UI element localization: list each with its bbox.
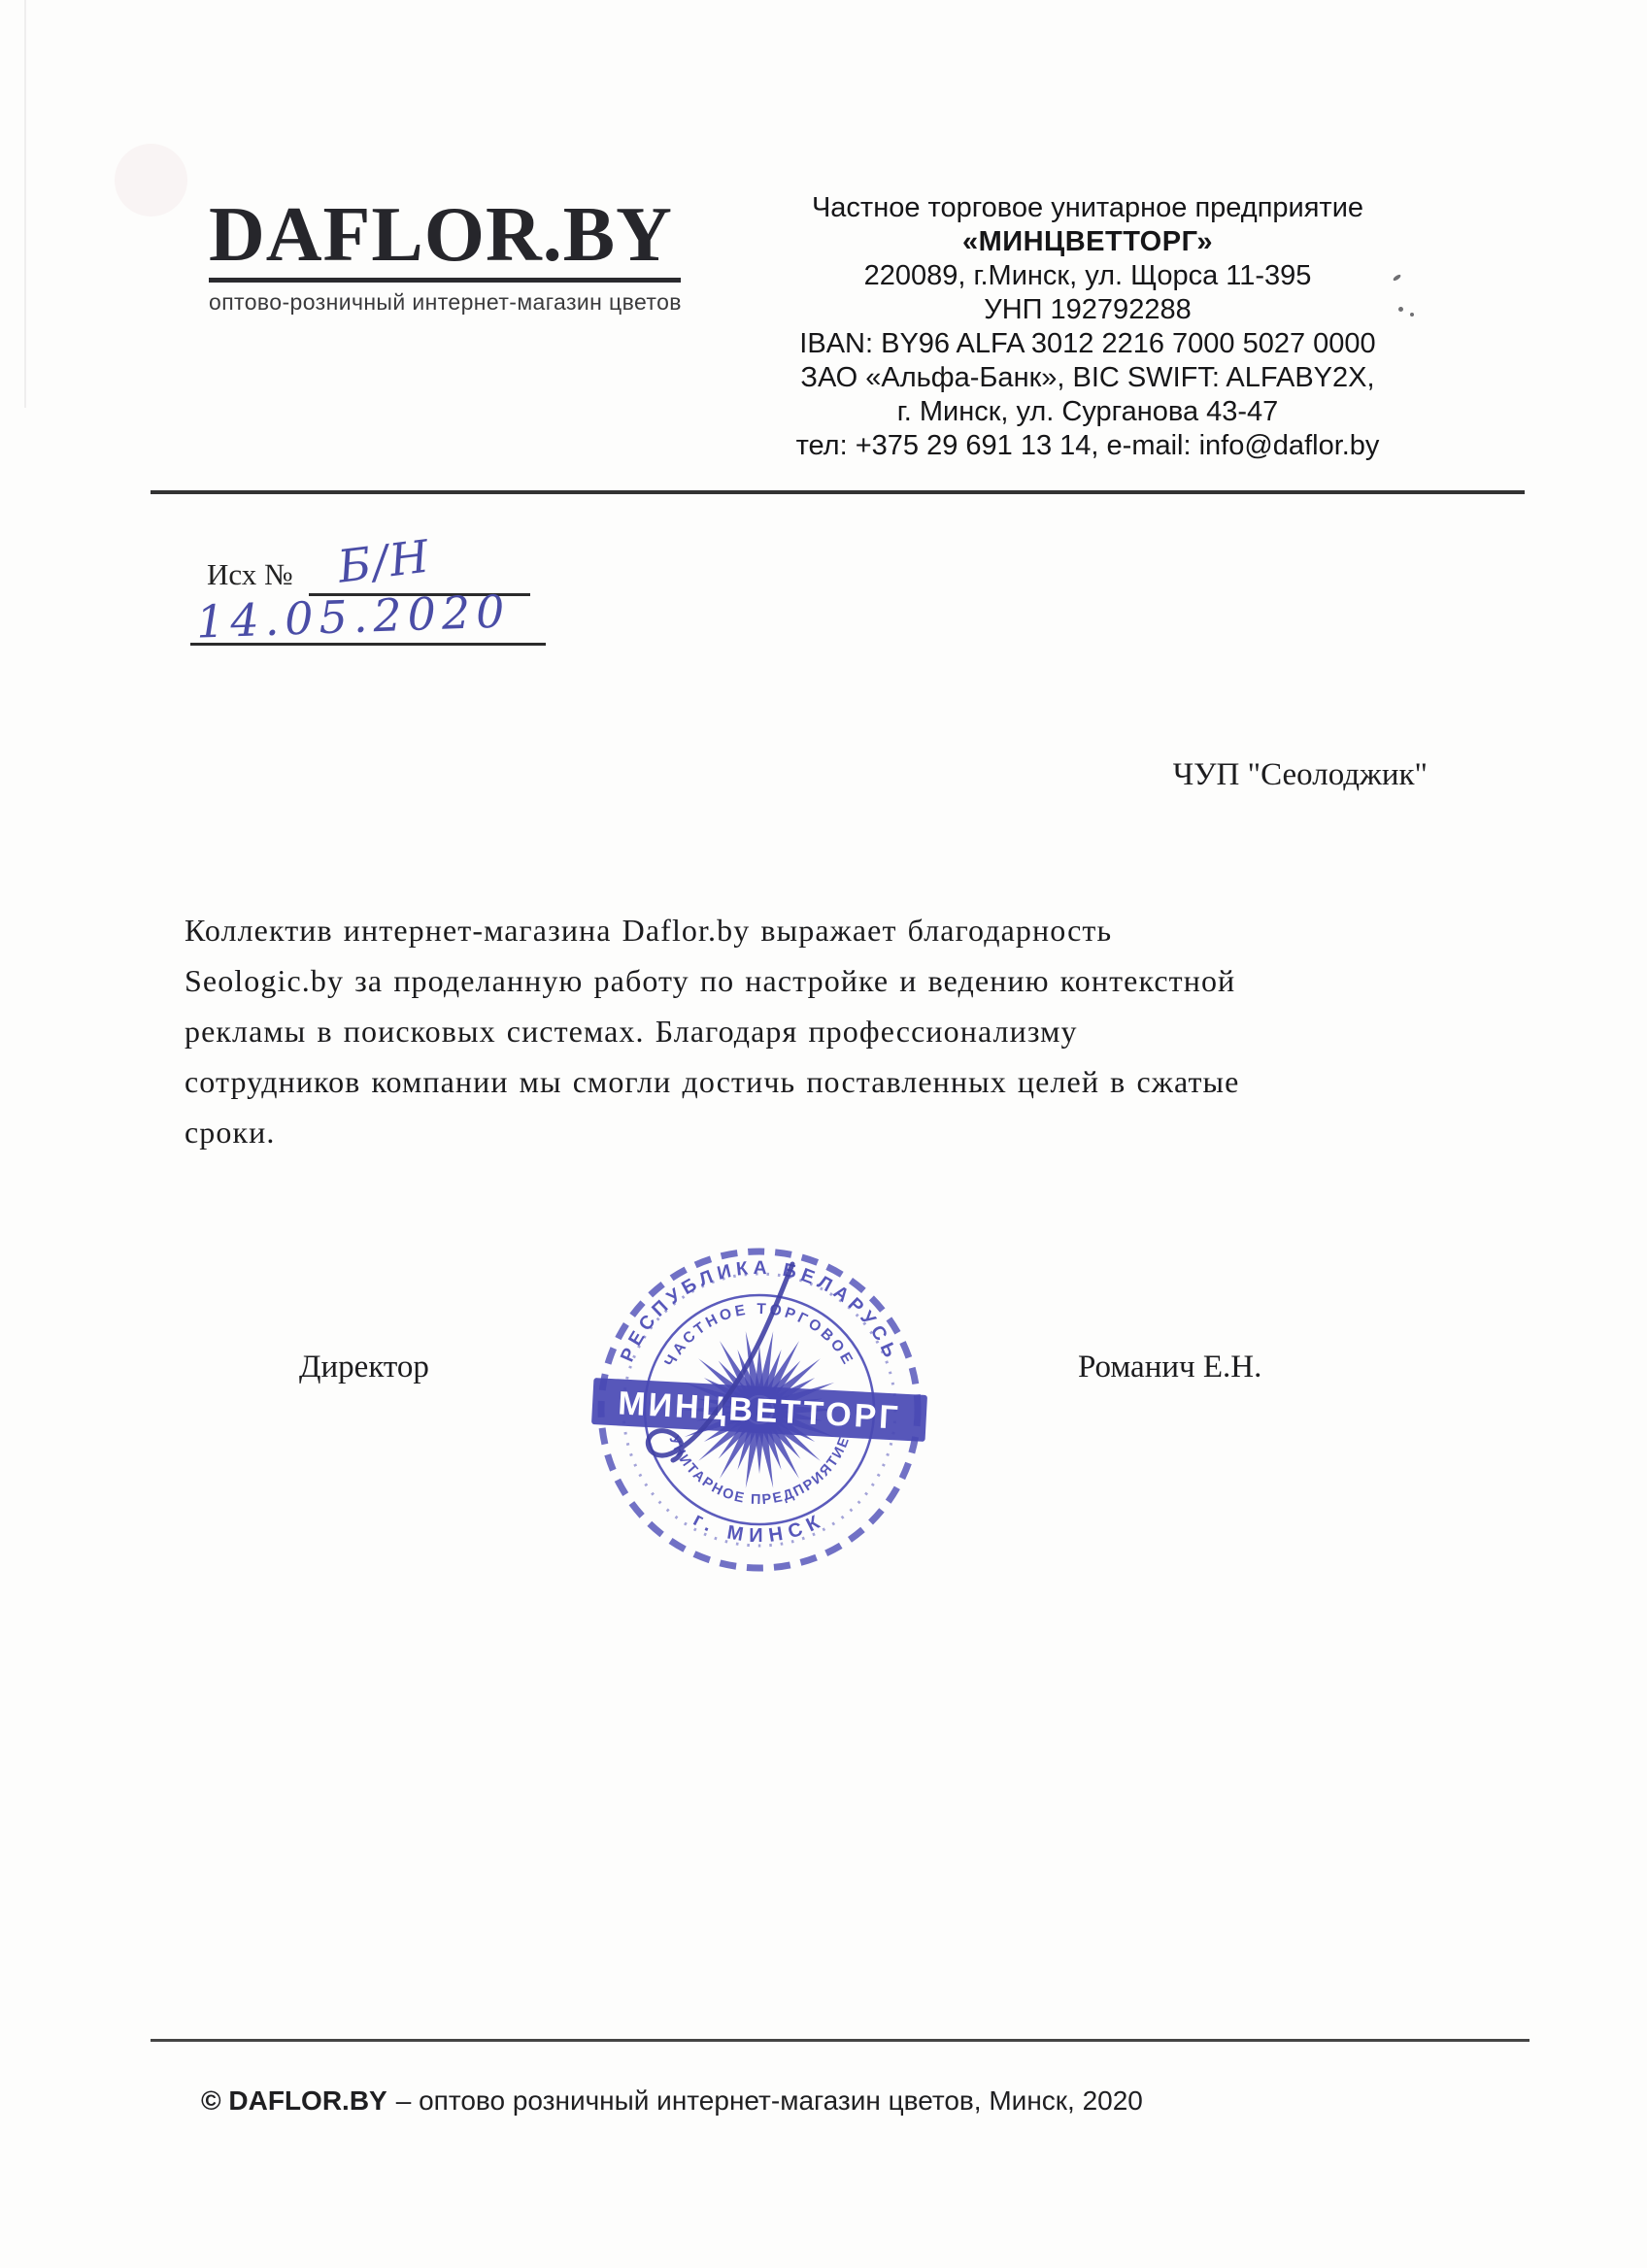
company-stamp: РЕСПУБЛИКА БЕЛАРУСЬ г. МИНСК ЧАСТНОЕ ТОР… <box>587 1237 932 1583</box>
body-line: сроки. <box>185 1107 1437 1157</box>
scan-smudge <box>115 144 187 217</box>
signer-name: Романич Е.Н. <box>1078 1350 1261 1385</box>
outgoing-date-underline <box>190 643 546 646</box>
body-line: рекламы в поисковых системах. Благодаря … <box>185 1006 1437 1056</box>
company-contacts: тел: +375 29 691 13 14, e-mail: info@daf… <box>719 429 1457 463</box>
logo-tagline: оптово-розничный интернет-магазин цветов <box>209 289 681 316</box>
body-line: сотрудников компании мы смогли достичь п… <box>185 1056 1437 1107</box>
footer-brand: © DAFLOR.BY <box>201 2085 387 2116</box>
footer-divider <box>151 2039 1529 2042</box>
company-iban: IBAN: BY96 ALFA 3012 2216 7000 5027 0000 <box>719 327 1457 361</box>
outgoing-number-label: Исх № <box>207 557 293 592</box>
company-name: «МИНЦВЕТТОРГ» <box>719 225 1457 259</box>
body-line: Seologic.by за проделанную работу по нас… <box>185 955 1437 1006</box>
scan-edge-artifact <box>24 0 26 408</box>
company-unp: УНП 192792288 <box>719 293 1457 327</box>
letter-page: DAFLOR.BY оптово-розничный интернет-мага… <box>0 0 1647 2268</box>
logo-title: DAFLOR.BY <box>209 194 681 276</box>
signer-position: Директор <box>299 1350 429 1385</box>
company-details: Частное торговое унитарное предприятие «… <box>719 191 1457 463</box>
company-logo: DAFLOR.BY оптово-розничный интернет-мага… <box>209 194 681 316</box>
header-divider <box>151 490 1525 494</box>
footer: © DAFLOR.BY– оптово розничный интернет-м… <box>201 2085 1143 2117</box>
logo-underline <box>209 278 681 283</box>
outgoing-date-handwritten: 14.05.2020 <box>195 584 511 648</box>
stamp-banner: МИНЦВЕТТОРГ <box>591 1378 927 1442</box>
company-bank: ЗАО «Альфа-Банк», BIC SWIFT: ALFABY2X, <box>719 361 1457 395</box>
company-type: Частное торговое унитарное предприятие <box>719 191 1457 225</box>
letter-body: Коллектив интернет-магазина Daflor.by вы… <box>185 905 1437 1157</box>
bank-address: г. Минск, ул. Сурганова 43-47 <box>719 395 1457 429</box>
recipient: ЧУП "Сеолоджик" <box>1173 757 1428 793</box>
stamp-graphic: РЕСПУБЛИКА БЕЛАРУСЬ г. МИНСК ЧАСТНОЕ ТОР… <box>587 1237 932 1583</box>
body-line: Коллектив интернет-магазина Daflor.by вы… <box>185 905 1437 955</box>
outgoing-number-handwritten: Б/Н <box>335 529 433 592</box>
footer-text: – оптово розничный интернет-магазин цвет… <box>396 2085 1143 2116</box>
company-address: 220089, г.Минск, ул. Щорса 11-395 <box>719 259 1457 293</box>
